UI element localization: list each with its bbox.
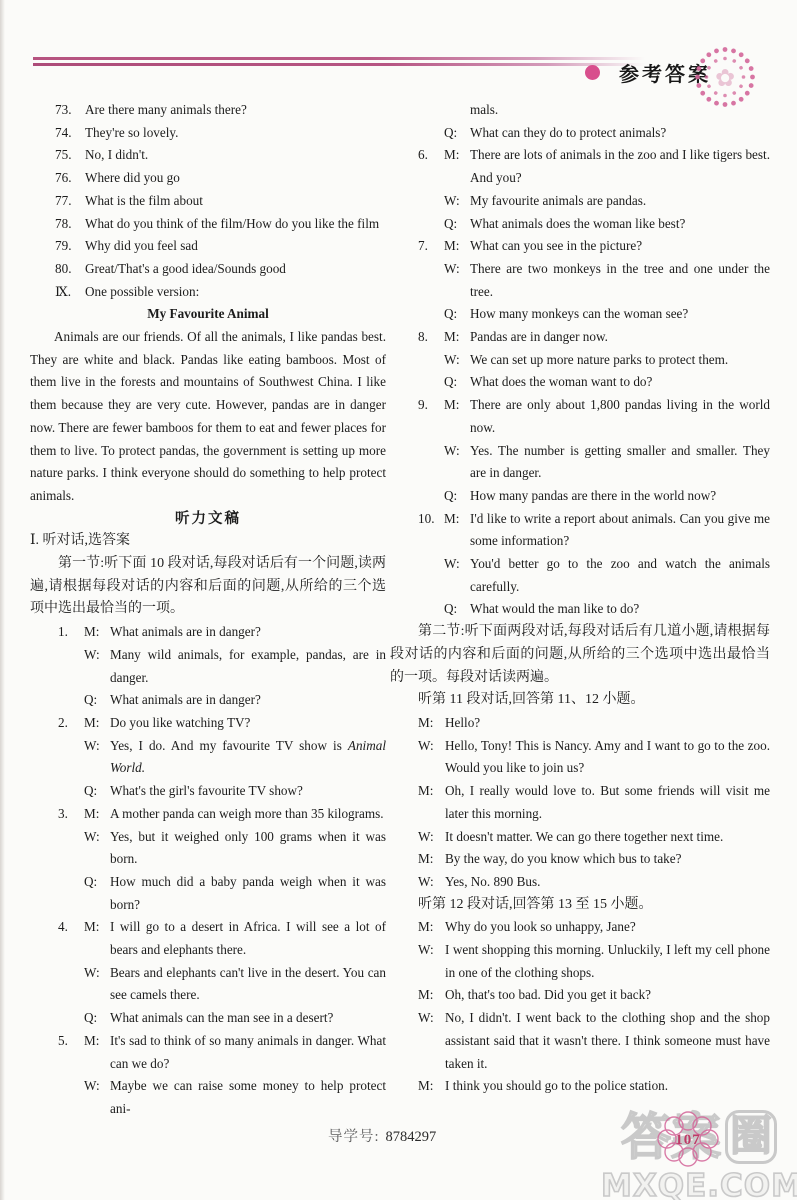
dialogue: mals.Q:What can they do to protect anima…: [390, 99, 770, 144]
answer-text: One possible version:: [85, 284, 199, 299]
dialogue-line: W:Yes, but it weighed only 100 grams whe…: [58, 826, 386, 871]
watermark-site: MXQE.COM: [601, 1168, 797, 1200]
speaker-label: M:: [444, 508, 470, 531]
dialogue: 5.M:It's sad to think of so many animals…: [30, 1030, 386, 1121]
dialogue: 6.M:There are lots of animals in the zoo…: [390, 144, 770, 235]
line-text: Yes, I do. And my favourite TV show is A…: [110, 738, 386, 776]
dialogue-line: 7.M:What can you see in the picture?: [418, 235, 770, 258]
section-intro: 第一节:听下面 10 段对话,每段对话后有一个问题,读两遍,请根据每段对话的内容…: [30, 553, 386, 621]
guide-number-label: 导学号:: [328, 1129, 380, 1145]
answer-page: 参考答案 ✿ 73.Are there many animals there?7…: [0, 0, 797, 1200]
speaker-label: Q:: [444, 303, 470, 326]
dialogue: M:Hello?W:Hello, Tony! This is Nancy. Am…: [390, 712, 770, 894]
watermark-circle-char: 圈: [725, 1110, 777, 1164]
dialogue-line: W:It doesn't matter. We can go there tog…: [418, 826, 770, 849]
line-text: Yes, but it weighed only 100 grams when …: [110, 829, 386, 867]
dialogue: 2.M:Do you like watching TV?W:Yes, I do.…: [30, 712, 386, 803]
speaker-label: W:: [418, 939, 445, 962]
speaker-label: W:: [444, 440, 470, 463]
speaker-label: Q:: [444, 371, 470, 394]
answer-text: Are there many animals there?: [85, 102, 247, 117]
dialogue-line: W:I went shopping this morning. Unluckil…: [418, 939, 770, 984]
dialogue-line: M:I think you should go to the police st…: [418, 1075, 770, 1098]
speaker-label: M:: [418, 712, 445, 735]
dialogue-line: Q:How many pandas are there in the world…: [418, 485, 770, 508]
header-rule-top: [33, 57, 645, 60]
line-text: I will go to a desert in Africa. I will …: [110, 919, 386, 957]
line-text: mals.: [470, 102, 498, 117]
answer-item: 79.Why did you feel sad: [55, 235, 386, 258]
dialogue-line: Q:What can they do to protect animals?: [418, 122, 770, 145]
dialogue: 10.M:I'd like to write a report about an…: [390, 508, 770, 622]
item-number: 74.: [55, 122, 85, 145]
line-text: Many wild animals, for example, pandas, …: [110, 647, 386, 685]
line-text: Maybe we can raise some money to help pr…: [110, 1078, 386, 1116]
answer-item: 77.What is the film about: [55, 190, 386, 213]
line-text: You'd better go to the zoo and watch the…: [470, 556, 770, 594]
line-text: I think you should go to the police stat…: [445, 1078, 668, 1093]
answer-item: Ⅸ.One possible version:: [55, 281, 386, 304]
accent-dot-icon: [585, 65, 600, 80]
speaker-label: M:: [418, 984, 445, 1007]
dialogue-line: Q:What animals are in danger?: [58, 689, 386, 712]
dialogue-line: W:You'd better go to the zoo and watch t…: [418, 553, 770, 598]
answer-item: 76.Where did you go: [55, 167, 386, 190]
line-text: What animals are in danger?: [110, 624, 261, 639]
dialogue-line: M:Oh, I really would love to. But some f…: [418, 780, 770, 825]
dialogue-line: 6.M:There are lots of animals in the zoo…: [418, 144, 770, 189]
item-number: 5.: [58, 1030, 84, 1053]
line-text: What animals are in danger?: [110, 692, 261, 707]
line-text: Pandas are in danger now.: [470, 329, 608, 344]
line-text: What would the man like to do?: [470, 601, 639, 616]
line-text: Hello, Tony! This is Nancy. Amy and I wa…: [445, 738, 770, 776]
item-number: 73.: [55, 99, 85, 122]
svg-text:✿: ✿: [715, 64, 735, 92]
dialogue-line: W:Many wild animals, for example, pandas…: [58, 644, 386, 689]
line-text: Oh, that's too bad. Did you get it back?: [445, 987, 651, 1002]
line-text: It's sad to think of so many animals in …: [110, 1033, 386, 1071]
speaker-label: M:: [84, 1030, 110, 1053]
speaker-label: W:: [444, 349, 470, 372]
section-label: Ⅰ. 听对话,选答案: [30, 530, 386, 553]
line-text: My favourite animals are pandas.: [470, 193, 646, 208]
speaker-label: M:: [84, 712, 110, 735]
dialogue-line: Q:How much did a baby panda weigh when i…: [58, 871, 386, 916]
speaker-label: Q:: [444, 485, 470, 508]
dialogue-line: 5.M:It's sad to think of so many animals…: [58, 1030, 386, 1075]
item-number: 2.: [58, 712, 84, 735]
line-text: What can you see in the picture?: [470, 238, 642, 253]
speaker-label: Q:: [444, 122, 470, 145]
item-number: 7.: [418, 235, 444, 258]
line-text: Hello?: [445, 715, 480, 730]
item-number: 80.: [55, 258, 85, 281]
speaker-label: M:: [418, 848, 445, 871]
line-text: How many pandas are there in the world n…: [470, 488, 716, 503]
speaker-label: Q:: [84, 1007, 110, 1030]
speaker-label: W:: [84, 1075, 110, 1098]
dialogue-line: 10.M:I'd like to write a report about an…: [418, 508, 770, 553]
item-number: 8.: [418, 326, 444, 349]
line-text: What can they do to protect animals?: [470, 125, 666, 140]
answer-text: Great/That's a good idea/Sounds good: [85, 261, 286, 276]
answer-item: 80.Great/That's a good idea/Sounds good: [55, 258, 386, 281]
guide-number: 导学号:8784297: [328, 1125, 436, 1146]
dialogue-line: Q:What's the girl's favourite TV show?: [58, 780, 386, 803]
item-number: 75.: [55, 144, 85, 167]
answer-text: They're so lovely.: [85, 125, 178, 140]
line-text: By the way, do you know which bus to tak…: [445, 851, 681, 866]
header-rule: [33, 57, 645, 66]
line-text: A mother panda can weigh more than 35 ki…: [110, 806, 384, 821]
dialogue-line: W:There are two monkeys in the tree and …: [418, 258, 770, 303]
item-number: 78.: [55, 213, 85, 236]
speaker-label: W:: [444, 553, 470, 576]
speaker-label: Q:: [84, 689, 110, 712]
line-text: Why do you look so unhappy, Jane?: [445, 919, 636, 934]
header-rule-bottom: [33, 63, 645, 66]
content-columns: 73.Are there many animals there?74.They'…: [0, 99, 797, 1121]
speaker-label: M:: [418, 916, 445, 939]
dialogue-line: Q:How many monkeys can the woman see?: [418, 303, 770, 326]
speaker-label: W:: [444, 258, 470, 281]
dialogue: 4.M:I will go to a desert in Africa. I w…: [30, 916, 386, 1030]
listen-instruction: 听第 11 段对话,回答第 11、12 小题。: [390, 689, 770, 712]
speaker-label: W:: [84, 644, 110, 667]
line-text: I went shopping this morning. Unluckily,…: [445, 942, 770, 980]
speaker-label: M:: [444, 326, 470, 349]
speaker-label: M:: [418, 780, 445, 803]
line-text: Yes, No. 890 Bus.: [445, 874, 540, 889]
speaker-label: M:: [444, 394, 470, 417]
dialogue-line: 8.M:Pandas are in danger now.: [418, 326, 770, 349]
dialogue: 9.M:There are only about 1,800 pandas li…: [390, 394, 770, 508]
speaker-label: M:: [444, 144, 470, 167]
answer-item: 73.Are there many animals there?: [55, 99, 386, 122]
item-number: 10.: [418, 508, 444, 531]
line-text: There are lots of animals in the zoo and…: [470, 147, 770, 185]
dialogue-line: W:Yes. The number is getting smaller and…: [418, 440, 770, 485]
dialogue-line: Q:What does the woman want to do?: [418, 371, 770, 394]
line-text: There are only about 1,800 pandas living…: [470, 397, 770, 435]
item-number: 4.: [58, 916, 84, 939]
dialogue-line: M:Oh, that's too bad. Did you get it bac…: [418, 984, 770, 1007]
line-text: We can set up more nature parks to prote…: [470, 352, 728, 367]
speaker-label: M:: [84, 916, 110, 939]
dialogue-line: 2.M:Do you like watching TV?: [58, 712, 386, 735]
speaker-label: W:: [418, 735, 445, 758]
transcript-title: 听力文稿: [30, 508, 386, 531]
italic-show-title: Animal World.: [110, 738, 386, 776]
speaker-label: W:: [418, 826, 445, 849]
dialogue-line: W:Maybe we can raise some money to help …: [58, 1075, 386, 1120]
speaker-label: Q:: [84, 780, 110, 803]
line-text: What's the girl's favourite TV show?: [110, 783, 303, 798]
dialogue-line: mals.: [418, 99, 770, 122]
section-intro: 第二节:听下面两段对话,每段对话后有几道小题,请根据每段对话的内容和后面的问题,…: [390, 621, 770, 689]
speaker-label: Q:: [444, 598, 470, 621]
left-column: 73.Are there many animals there?74.They'…: [30, 99, 386, 1121]
page-number: 107: [654, 1108, 722, 1172]
line-text: What animals can the man see in a desert…: [110, 1010, 333, 1025]
item-number: 3.: [58, 803, 84, 826]
speaker-label: W:: [84, 962, 110, 985]
dialogue-line: W:Hello, Tony! This is Nancy. Amy and I …: [418, 735, 770, 780]
line-text: I'd like to write a report about animals…: [470, 511, 770, 549]
dialogue: 7.M:What can you see in the picture?W:Th…: [390, 235, 770, 326]
answer-item: 75.No, I didn't.: [55, 144, 386, 167]
dialogue-line: M:Hello?: [418, 712, 770, 735]
line-text: What animals does the woman like best?: [470, 216, 685, 231]
line-text: Oh, I really would love to. But some fri…: [445, 783, 770, 821]
answer-text: Where did you go: [85, 170, 180, 185]
dialogue-line: M:By the way, do you know which bus to t…: [418, 848, 770, 871]
dialogue-line: Q:What animals can the man see in a dese…: [58, 1007, 386, 1030]
item-number: 79.: [55, 235, 85, 258]
dialogue: 1.M:What animals are in danger?W:Many wi…: [30, 621, 386, 712]
speaker-label: M:: [84, 621, 110, 644]
dialogue-line: W:No, I didn't. I went back to the cloth…: [418, 1007, 770, 1075]
answer-text: What do you think of the film/How do you…: [85, 216, 379, 231]
listen-instruction: 听第 12 段对话,回答第 13 至 15 小题。: [390, 894, 770, 917]
guide-number-value: 8784297: [386, 1129, 437, 1145]
line-text: Do you like watching TV?: [110, 715, 250, 730]
speaker-label: M:: [418, 1075, 445, 1098]
line-text: Bears and elephants can't live in the de…: [110, 965, 386, 1003]
speaker-label: W:: [418, 1007, 445, 1030]
answer-text: What is the film about: [85, 193, 203, 208]
speaker-label: M:: [84, 803, 110, 826]
speaker-label: W:: [418, 871, 445, 894]
dialogue-line: Q:What would the man like to do?: [418, 598, 770, 621]
dialogue: 3.M:A mother panda can weigh more than 3…: [30, 803, 386, 917]
speaker-label: M:: [444, 235, 470, 258]
item-number: 76.: [55, 167, 85, 190]
dialogue-line: W:Yes, No. 890 Bus.: [418, 871, 770, 894]
dialogue-line: W:Yes, I do. And my favourite TV show is…: [58, 735, 386, 780]
dialogue-line: M:Why do you look so unhappy, Jane?: [418, 916, 770, 939]
line-text: No, I didn't. I went back to the clothin…: [445, 1010, 770, 1070]
item-number: 9.: [418, 394, 444, 417]
answer-text: No, I didn't.: [85, 147, 148, 162]
dialogue-line: 4.M:I will go to a desert in Africa. I w…: [58, 916, 386, 961]
dialogue-line: W:My favourite animals are pandas.: [418, 190, 770, 213]
essay-paragraph: Animals are our friends. Of all the anim…: [30, 326, 386, 508]
answer-text: Why did you feel sad: [85, 238, 198, 253]
dialogue-line: W:Bears and elephants can't live in the …: [58, 962, 386, 1007]
dialogue-line: 9.M:There are only about 1,800 pandas li…: [418, 394, 770, 439]
right-column: mals.Q:What can they do to protect anima…: [390, 99, 770, 1121]
line-text: It doesn't matter. We can go there toget…: [445, 829, 723, 844]
speaker-label: W:: [84, 826, 110, 849]
item-number: Ⅸ.: [55, 281, 85, 304]
line-text: Yes. The number is getting smaller and s…: [470, 443, 770, 481]
answer-item: 74.They're so lovely.: [55, 122, 386, 145]
speaker-label: W:: [84, 735, 110, 758]
line-text: How much did a baby panda weigh when it …: [110, 874, 386, 912]
dialogue-line: 1.M:What animals are in danger?: [58, 621, 386, 644]
line-text: How many monkeys can the woman see?: [470, 306, 688, 321]
speaker-label: Q:: [84, 871, 110, 894]
dialogue-line: W:We can set up more nature parks to pro…: [418, 349, 770, 372]
dialogue-line: 3.M:A mother panda can weigh more than 3…: [58, 803, 386, 826]
dialogue-line: Q:What animals does the woman like best?: [418, 213, 770, 236]
item-number: 77.: [55, 190, 85, 213]
line-text: What does the woman want to do?: [470, 374, 652, 389]
line-text: There are two monkeys in the tree and on…: [470, 261, 770, 299]
item-number: 1.: [58, 621, 84, 644]
dialogue: 8.M:Pandas are in danger now.W:We can se…: [390, 326, 770, 394]
essay-title: My Favourite Animal: [30, 303, 386, 326]
item-number: 6.: [418, 144, 444, 167]
answer-item: 78.What do you think of the film/How do …: [55, 213, 386, 236]
speaker-label: W:: [444, 190, 470, 213]
speaker-label: Q:: [444, 213, 470, 236]
dialogue: M:Why do you look so unhappy, Jane?W:I w…: [390, 916, 770, 1098]
